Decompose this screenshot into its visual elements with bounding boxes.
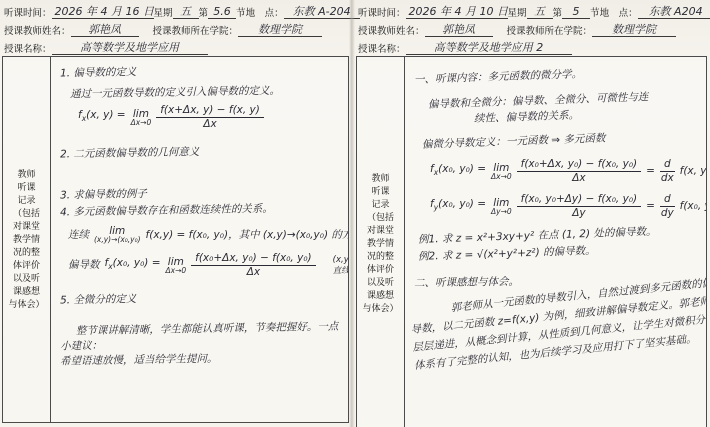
time-label: 听课时间： [358,5,406,19]
period-unit: 节 [236,5,246,19]
time-value: 2026 年 4 月 16 日 [52,5,154,19]
weekday-value: 五 [173,5,199,19]
form-page-right: 听课时间： 2026 年 4 月 10 日 星期 五 第 5 节 地 点： 东教… [354,0,710,427]
period-unit: 节 [590,5,600,19]
side-line: （包括 [367,211,394,224]
college-value: 数理学院 [238,23,322,37]
limit-operator: limΔy→0 [491,198,512,216]
college-label: 授课教师所在学院： [507,23,593,37]
limit-operator: limΔx→0 [491,163,512,181]
formula-partial-y: fy(x₀, y₀) = limΔy→0 f(x₀, y₀+Δy) − f(x₀… [430,193,699,220]
side-line: 对课堂 [367,224,394,237]
weekday-label: 星期 [154,5,173,19]
formula-tail: f(x₀, y) [680,199,706,214]
formula-lhs: fx(x, y) = [78,108,126,126]
side-line: 课感想 [13,285,40,298]
notes-left: 1. 偏导数的定义 通过一元函数导数的定义引入偏导数的定义。 fx(x, y) … [51,57,348,422]
scanned-observation-form: 听课时间： 2026 年 4 月 16 日 星期 五 第 5.6 节 地 点： … [0,0,710,427]
side-line: 与体会） [362,302,398,315]
note-line: 一、听课内容：多元函数的微分学。 [414,63,699,88]
teacher-label: 授课教师姓名： [358,23,425,37]
side-line: 教师 [371,172,389,185]
formula-lhs: fy(x₀, y₀) = [430,197,486,215]
record-table-right: 教师 听课 记录 （包括 对课堂 教学情 况的整 体评价 以及听 课感想 与体会… [356,56,707,427]
note-line: 4. 多元函数偏导数存在和函数连续性的关系。 [60,201,341,221]
note-line: 通过一元函数导数的定义引入偏导数的定义。 [70,83,341,103]
derivative-fraction: ddy [660,193,675,220]
side-line: 听课 [371,185,389,198]
time-value: 2026 年 4 月 10 日 [406,5,508,19]
course-label: 授课名称： [4,41,52,55]
period-label: 第 [553,5,563,19]
teacher-value: 郭艳凤 [425,23,493,37]
side-line: 对课堂 [13,220,40,233]
equals-sign: = [646,164,655,179]
header-row-course: 授课名称： 高等数学及地学应用 [4,37,350,55]
note-line: 2. 二元函数偏导数的几何意义 [60,143,341,163]
header-row-time: 听课时间： 2026 年 4 月 10 日 星期 五 第 5 节 地 点： 东教… [358,1,708,19]
limit-operator: limΔx→0 [166,257,187,275]
record-table-left: 教师 听课 记录 （包括 对课堂 教学情 况的整 体评价 以及听 课感想 与体会… [2,56,349,423]
side-line: 教师 [17,168,35,181]
note-line: 5. 全微分的定义 [60,289,341,309]
weekday-label: 星期 [508,5,527,19]
side-line: 况的整 [13,246,40,259]
period-label: 第 [199,5,209,19]
fraction: f(x₀+Δx, y₀) − f(x₀, y₀)Δx [517,158,642,185]
time-label: 听课时间： [4,5,52,19]
continuity-label: 连续 [68,228,89,243]
course-label: 授课名称： [358,41,406,55]
note-line: 1. 偏导数的定义 [60,62,341,82]
header-row-teacher: 授课教师姓名： 郭艳凤 授课教师所在学院： 数理学院 [4,19,350,37]
side-line: 体评价 [13,259,40,272]
side-line: 况的整 [367,250,394,263]
formula-partial-def: fx(x, y) = limΔx→0 f(x+Δx, y) − f(x, y)Δ… [78,104,341,131]
header-right: 听课时间： 2026 年 4 月 10 日 星期 五 第 5 节 地 点： 东教… [358,1,708,55]
record-label-cell: 教师 听课 记录 （包括 对课堂 教学情 况的整 体评价 以及听 课感想 与体会… [3,57,51,422]
fraction: f(x₀+Δx, y₀) − f(x₀, y₀)Δx [191,252,316,279]
header-left: 听课时间： 2026 年 4 月 16 日 星期 五 第 5.6 节 地 点： … [4,1,350,55]
period-value: 5.6 [208,5,236,19]
side-line: 以及听 [13,272,40,285]
side-line: 教学情 [13,233,40,246]
note-line: 偏微分导数定义：一元函数 ⇒ 多元函数 [422,128,699,153]
header-row-course: 授课名称： 高等数学及地学应用 2 [358,37,708,55]
fraction: f(x₀, y₀+Δy) − f(x₀, y₀)Δy [517,193,642,220]
formula-lhs: fx(x₀, y₀) = [430,162,486,180]
equals-sign: = [646,199,655,214]
notes-right: 一、听课内容：多元函数的微分学。 偏导数和全微分：偏导数、全微分、可微性与连 续… [405,57,706,427]
formula-tail: f(x, y₀) [680,164,706,179]
formula-lhs: fx(x₀, y₀) = [105,256,161,274]
header-row-teacher: 授课教师姓名： 郭艳凤 授课教师所在学院： 数理学院 [358,19,708,37]
side-line: 记录 [371,198,389,211]
formula-sidenote: (x,y)→(x₀,y₀) 是沿直线 y=y₀ 进行的 [333,255,348,277]
side-line: （包括 [13,207,40,220]
period-value: 5 [562,5,590,19]
record-label-cell: 教师 听课 记录 （包括 对课堂 教学情 况的整 体评价 以及听 课感想 与体会… [357,57,405,427]
side-line: 记录 [17,194,35,207]
college-value: 数理学院 [592,23,676,37]
side-line: 教学情 [367,237,394,250]
location-label: 地 点： [600,5,638,19]
location-label: 地 点： [246,5,284,19]
course-value: 高等数学及地学应用 2 [406,41,572,55]
side-line: 体评价 [367,263,394,276]
formula-partial-at-point: 偏导数 fx(x₀, y₀) = limΔx→0 f(x₀+Δx, y₀) − … [68,252,341,279]
derivative-fraction: ddx [660,158,675,185]
side-line: 以及听 [367,276,394,289]
continuity-line: 连续 lim(x,y)→(x₀,y₀) f(x,y) = f(x₀, y₀)，其… [68,226,341,244]
teacher-value: 郭艳凤 [71,23,139,37]
side-line: 与体会） [8,298,44,311]
location-value: 东教 A204 [638,5,710,19]
form-page-left: 听课时间： 2026 年 4 月 16 日 星期 五 第 5.6 节 地 点： … [0,0,352,427]
limit-operator: limΔx→0 [131,109,152,127]
limit-operator: lim(x,y)→(x₀,y₀) [94,226,141,244]
weekday-value: 五 [527,5,553,19]
continuity-rhs: f(x,y) = f(x₀, y₀)，其中 (x,y)→(x₀,y₀) 的方式是… [146,228,348,243]
side-line: 听课 [17,181,35,194]
formula-label: 偏导数 [68,258,100,273]
summary-line: 整节课讲解清晰，学生都能认真听课，节奏把握好。一点小建议： [60,320,341,355]
course-value: 高等数学及地学应用 [52,41,208,55]
teacher-label: 授课教师姓名： [4,23,71,37]
page-seam [349,0,355,427]
header-row-time: 听课时间： 2026 年 4 月 16 日 星期 五 第 5.6 节 地 点： … [4,1,350,19]
fraction: f(x+Δx, y) − f(x, y)Δx [156,104,264,131]
college-label: 授课教师所在学院： [153,23,239,37]
side-line: 课感想 [367,289,394,302]
formula-partial-x: fx(x₀, y₀) = limΔx→0 f(x₀+Δx, y₀) − f(x₀… [430,158,699,185]
